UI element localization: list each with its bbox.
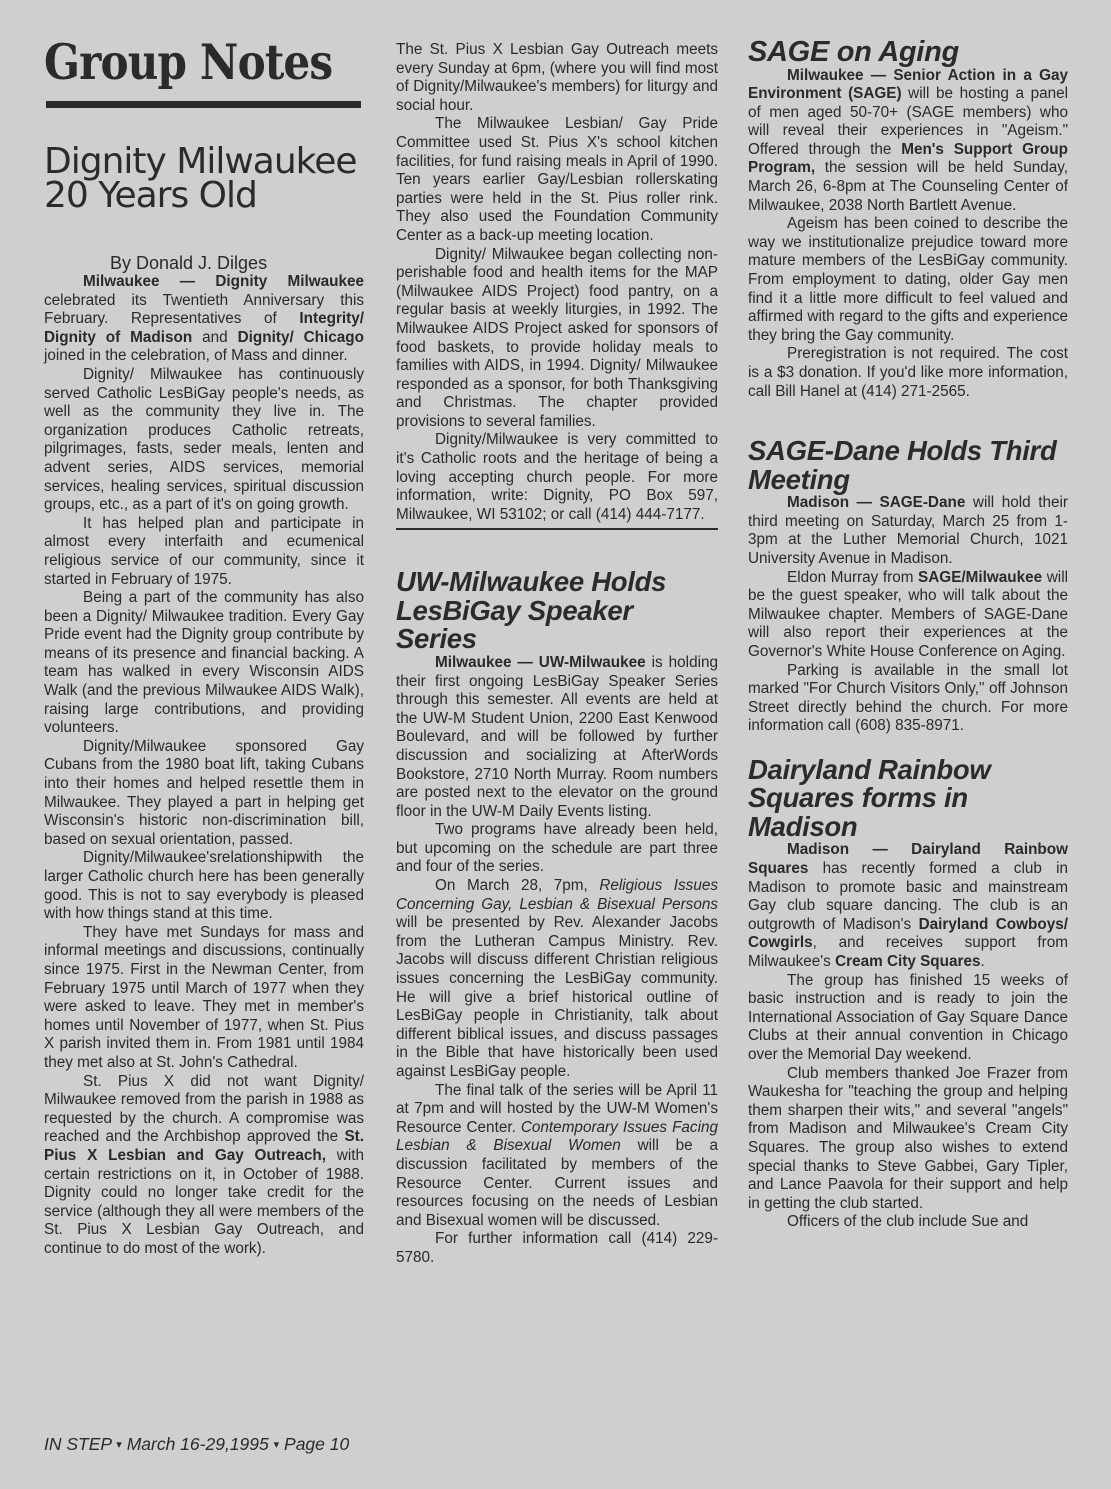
paragraph: Two programs have already been held, but… [396, 821, 718, 877]
paragraph: Being a part of the community has also b… [44, 589, 364, 738]
paragraph: They have met Sundays for mass and infor… [44, 924, 364, 1073]
article-headline-dairyland: Dairyland Rainbow Squares forms in Madis… [748, 756, 1068, 842]
paragraph: Dignity/ Milwaukee has continuously serv… [44, 366, 364, 515]
paragraph: Officers of the club include Sue and [748, 1213, 1068, 1232]
text: will be presented by Rev. Alexander Jaco… [396, 914, 718, 1080]
text: is holding their first ongoing LesBiGay … [396, 654, 718, 820]
headline-line: 20 Years Old [44, 175, 257, 216]
text: St. Pius X did not want Dignity/ Milwauk… [44, 1073, 364, 1146]
paragraph: On March 28, 7pm, Religious Issues Conce… [396, 877, 718, 1082]
paragraph: The final talk of the series will be Apr… [396, 1082, 718, 1231]
publication-name: IN STEP [44, 1434, 111, 1454]
paragraph: Ageism has been coined to describe the w… [748, 215, 1068, 345]
paragraph: It has helped plan and participate in al… [44, 515, 364, 589]
paragraph: Madison — SAGE-Dane will hold their thir… [748, 494, 1068, 568]
paragraph: The group has finished 15 weeks of basic… [748, 972, 1068, 1065]
paragraph: Parking is available in the small lot ma… [748, 662, 1068, 736]
paragraph: Preregistration is not required. The cos… [748, 345, 1068, 401]
column-3: SAGE on Aging Milwaukee — Senior Action … [748, 38, 1068, 1232]
org-name: Dignity/ Chicago [238, 329, 364, 346]
section-title: Group Notes [44, 38, 332, 87]
paragraph: Club members thanked Joe Frazer from Wau… [748, 1065, 1068, 1214]
org-name: Cream City Squares [835, 953, 980, 970]
column-1: Milwaukee — Dignity Milwaukee celebrated… [44, 273, 364, 1258]
article-headline-uwm: UW-Milwaukee Holds LesBiGay Speaker Seri… [396, 568, 718, 654]
dateline: Milwaukee — Dignity Milwaukee [83, 273, 364, 290]
paragraph: The Milwaukee Lesbian/ Gay Pride Committ… [396, 115, 718, 245]
title-rule [46, 101, 361, 108]
org-name: SAGE/Milwaukee [918, 569, 1042, 586]
article-divider [396, 528, 718, 530]
paragraph: Milwaukee — Dignity Milwaukee celebrated… [44, 273, 364, 366]
page-number: Page 10 [284, 1434, 349, 1454]
text: Eldon Murray from [787, 569, 918, 586]
column-2: The St. Pius X Lesbian Gay Outreach meet… [396, 41, 718, 1268]
paragraph: The St. Pius X Lesbian Gay Outreach meet… [396, 41, 718, 115]
text: . [980, 953, 984, 970]
text: joined in the celebration, of Mass and d… [44, 347, 348, 364]
triangle-separator-icon: ▾ [116, 1439, 122, 1451]
paragraph: St. Pius X did not want Dignity/ Milwauk… [44, 1073, 364, 1259]
paragraph: Eldon Murray from SAGE/Milwaukee will be… [748, 569, 1068, 662]
paragraph: Milwaukee — UW-Milwaukee is holding thei… [396, 654, 718, 821]
page-footer: IN STEP ▾ March 16-29,1995 ▾ Page 10 [44, 1434, 349, 1455]
paragraph: Dignity/ Milwaukee began collecting non-… [396, 246, 718, 432]
paragraph: Milwaukee — Senior Action in a Gay Envir… [748, 67, 1068, 216]
paragraph: Dignity/Milwaukee sponsored Gay Cubans f… [44, 738, 364, 850]
dateline: Milwaukee — UW-Milwaukee [435, 654, 646, 671]
article-headline-sage-dane: SAGE-Dane Holds Third Meeting [748, 437, 1068, 494]
text: and [192, 329, 237, 346]
dateline: Madison — SAGE-Dane [787, 494, 965, 511]
paragraph: Dignity/Milwaukee'srelationshipwith the … [44, 849, 364, 923]
triangle-separator-icon: ▾ [274, 1439, 280, 1451]
paragraph: For further information call (414) 229-5… [396, 1230, 718, 1267]
byline: By Donald J. Dilges [110, 253, 267, 274]
paragraph: Dignity/Milwaukee is very committed to i… [396, 431, 718, 524]
issue-date: March 16-29,1995 [127, 1434, 269, 1454]
text: On March 28, 7pm, [435, 877, 599, 894]
article-headline-sage: SAGE on Aging [748, 38, 1068, 67]
paragraph: Madison — Dairyland Rainbow Squares has … [748, 841, 1068, 971]
article-headline-dignity: Dignity Milwaukee 20 Years Old [44, 145, 374, 213]
